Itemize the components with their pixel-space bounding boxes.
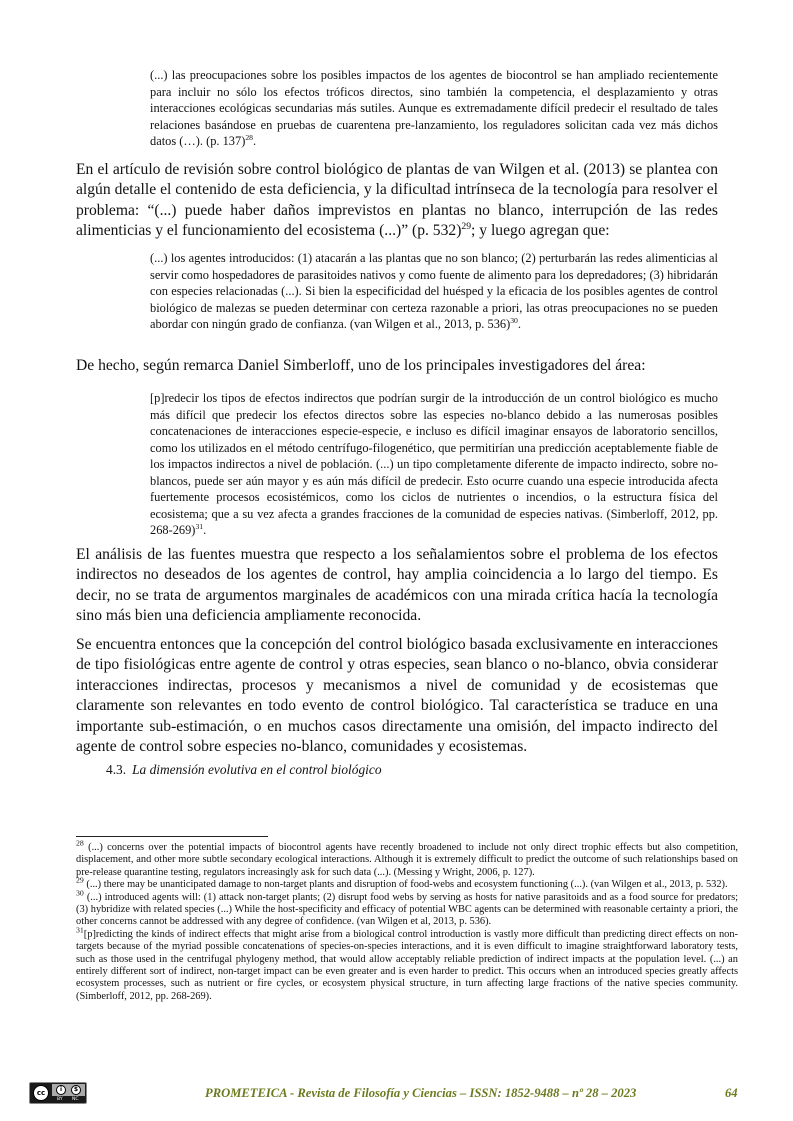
by-label: BY — [57, 1097, 63, 1103]
footnotes: 28 (...) concerns over the potential imp… — [76, 842, 738, 1003]
section-number: 4.3. — [106, 762, 126, 777]
document-page: (...) las preocupaciones sobre los posib… — [0, 0, 793, 1121]
quote-text: (...) los agentes introducidos: (1) atac… — [150, 251, 718, 331]
footnote-number: 30 — [76, 888, 84, 897]
paragraph-text: El análisis de las fuentes muestra que r… — [76, 546, 718, 624]
footnote-29: 29 (...) there may be unanticipated dama… — [76, 879, 738, 891]
footnote-text: [p]redicting the kinds of indirect effec… — [76, 929, 738, 1002]
paragraph-van-wilgen-intro: En el artículo de revisión sobre control… — [76, 160, 718, 242]
footnote-30: 30 (...) introduced agents will: (1) att… — [76, 892, 738, 929]
footnote-ref[interactable]: 28 — [245, 133, 253, 142]
page-number: 64 — [725, 1086, 738, 1101]
footnote-text: (...) there may be unanticipated damage … — [84, 879, 728, 890]
page-footer: cc i $ BY NC PROMETEICA - Revista de Fil… — [0, 1082, 793, 1106]
quote-text: (...) las preocupaciones sobre los posib… — [150, 68, 718, 148]
journal-citation: PROMETEICA - Revista de Filosofía y Cien… — [205, 1086, 636, 1101]
quote-end: . — [518, 317, 521, 331]
section-title: La dimensión evolutiva en el control bio… — [132, 762, 381, 777]
paragraph-text: En el artículo de revisión sobre control… — [76, 161, 718, 239]
paragraph-text: Se encuentra entonces que la concepción … — [76, 636, 718, 755]
paragraph-conclusion: Se encuentra entonces que la concepción … — [76, 635, 718, 757]
footnote-ref[interactable]: 30 — [510, 316, 518, 325]
cc-by-nc-icon[interactable]: cc i $ BY NC — [29, 1082, 87, 1104]
block-quote-van-wilgen: (...) los agentes introducidos: (1) atac… — [150, 250, 718, 333]
footnote-text: (...) introduced agents will: (1) attack… — [76, 892, 738, 928]
block-quote-simberloff: [p]redecir los tipos de efectos indirect… — [150, 390, 718, 539]
footnote-ref[interactable]: 31 — [195, 522, 203, 531]
footnote-number: 28 — [76, 839, 84, 848]
footnote-31: 31[p]redicting the kinds of indirect eff… — [76, 929, 738, 1003]
footnote-ref[interactable]: 29 — [461, 221, 471, 232]
quote-text: [p]redecir los tipos de efectos indirect… — [150, 391, 718, 537]
block-quote-messing-wright: (...) las preocupaciones sobre los posib… — [150, 67, 718, 150]
nc-label: NC — [72, 1097, 79, 1103]
noncommercial-icon: $ — [71, 1085, 81, 1095]
paragraph-text-tail: ; y luego agregan que: — [471, 222, 610, 239]
section-heading: 4.3.La dimensión evolutiva en el control… — [106, 761, 382, 779]
paragraph-simberloff-intro: De hecho, según remarca Daniel Simberlof… — [76, 356, 718, 376]
footnote-number: 31 — [76, 925, 84, 934]
attribution-icon: i — [56, 1085, 66, 1095]
footnote-number: 29 — [76, 876, 84, 885]
footnote-separator — [76, 836, 268, 837]
paragraph-analysis: El análisis de las fuentes muestra que r… — [76, 545, 718, 627]
cc-icon: cc — [33, 1085, 49, 1101]
paragraph-text: De hecho, según remarca Daniel Simberlof… — [76, 357, 646, 374]
quote-end: . — [253, 134, 256, 148]
quote-end: . — [203, 523, 206, 537]
footnote-28: 28 (...) concerns over the potential imp… — [76, 842, 738, 879]
footnote-text: (...) concerns over the potential impact… — [76, 842, 738, 878]
